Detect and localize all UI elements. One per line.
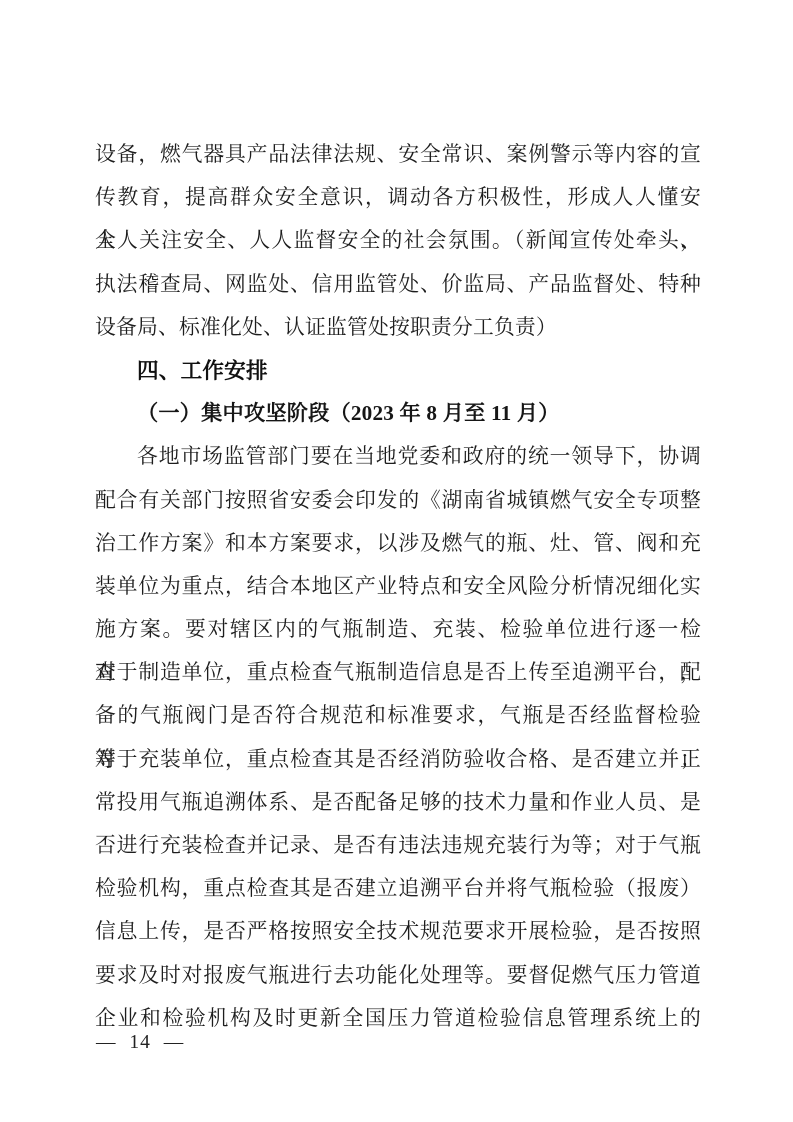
paragraph2-line: 对于充装单位，重点检查其是否经消防验收合格、是否建立并正	[95, 738, 701, 781]
paragraph2-line: 各地市场监管部门要在当地党委和政府的统一领导下，协调	[95, 435, 701, 478]
paragraph2-line: 装单位为重点，结合本地区产业特点和安全风险分析情况细化实	[95, 565, 701, 608]
section-heading: 四、工作安排	[95, 349, 701, 392]
paragraph2-line: 信息上传，是否严格按照安全技术规范要求开展检验，是否按照	[95, 910, 701, 953]
document-body: 设备，燃气器具产品法律法规、安全常识、案例警示等内容的宣 传教育，提高群众安全意…	[95, 133, 701, 1040]
paragraph2-line: 要求及时对报废气瓶进行去功能化处理等。要督促燃气压力管道	[95, 954, 701, 997]
paragraph1-line: 人人关注安全、人人监督安全的社会氛围。（新闻宣传处牵头，	[95, 219, 701, 262]
paragraph2-line: 配合有关部门按照省安委会印发的《湖南省城镇燃气安全专项整	[95, 479, 701, 522]
paragraph2-line: 施方案。要对辖区内的气瓶制造、充装、检验单位进行逐一检查，	[95, 608, 701, 651]
paragraph2-line: 常投用气瓶追溯体系、是否配备足够的技术力量和作业人员、是	[95, 781, 701, 824]
paragraph1-line: 设备，燃气器具产品法律法规、安全常识、案例警示等内容的宣	[95, 133, 701, 176]
page-number: — 14 —	[96, 1029, 184, 1057]
paragraph2-line: 否进行充装检查并记录、是否有违法违规充装行为等；对于气瓶	[95, 824, 701, 867]
paragraph2-line: 检验机构，重点检查其是否建立追溯平台并将气瓶检验（报废）	[95, 867, 701, 910]
document-page: 设备，燃气器具产品法律法规、安全常识、案例警示等内容的宣 传教育，提高群众安全意…	[0, 0, 793, 1122]
paragraph2-line: 备的气瓶阀门是否符合规范和标准要求，气瓶是否经监督检验等；	[95, 694, 701, 737]
paragraph2-line: 企业和检验机构及时更新全国压力管道检验信息管理系统上的	[95, 997, 701, 1040]
paragraph2-line: 治工作方案》和本方案要求，以涉及燃气的瓶、灶、管、阀和充	[95, 522, 701, 565]
paragraph2-line: 对于制造单位，重点检查气瓶制造信息是否上传至追溯平台，配	[95, 651, 701, 694]
paragraph1-line: 执法稽查局、网监处、信用监管处、价监局、产品监督处、特种	[95, 263, 701, 306]
paragraph1-line: 设备局、标准化处、认证监管处按职责分工负责）	[95, 306, 701, 349]
paragraph1-line: 传教育，提高群众安全意识，调动各方积极性，形成人人懂安全、	[95, 176, 701, 219]
subsection-heading: （一）集中攻坚阶段（2023 年 8 月至 11 月）	[95, 392, 701, 435]
